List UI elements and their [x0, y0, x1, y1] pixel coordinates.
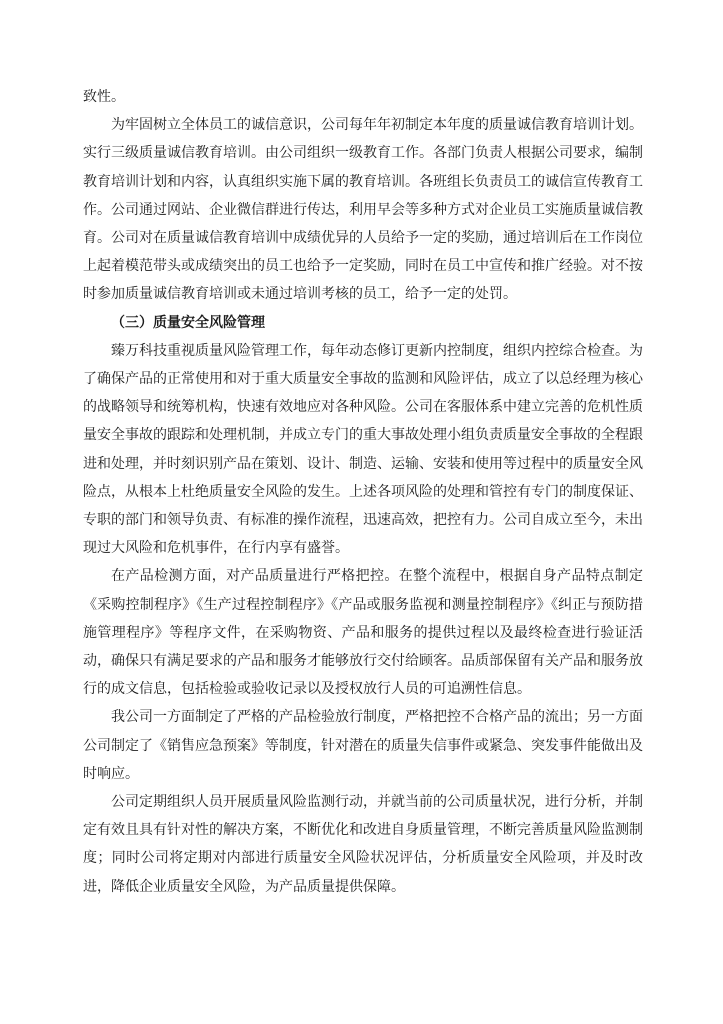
- paragraph-product-inspection-control: 在产品检测方面，对产品质量进行严格把控。在整个流程中，根据自身产品特点制定《采购…: [83, 563, 643, 704]
- paragraph-continuation-tail: 致性。: [83, 84, 643, 112]
- document-page: 致性。 为牢固树立全体员工的诚信意识，公司每年年初制定本年度的质量诚信教育培训计…: [0, 0, 723, 1024]
- document-content: 致性。 为牢固树立全体员工的诚信意识，公司每年年初制定本年度的质量诚信教育培训计…: [83, 84, 643, 902]
- paragraph-integrity-education-training: 为牢固树立全体员工的诚信意识，公司每年年初制定本年度的质量诚信教育培训计划。实行…: [83, 112, 643, 309]
- paragraph-risk-monitoring-and-improvement: 公司定期组织人员开展质量风险监测行动，并就当前的公司质量状况，进行分析，并制定有…: [83, 789, 643, 902]
- paragraph-release-and-emergency-plan: 我公司一方面制定了严格的产品检验放行制度，严格把控不合格产品的流出；另一方面公司…: [83, 704, 643, 789]
- section-heading-quality-safety-risk-management: （三）质量安全风险管理: [83, 310, 643, 338]
- paragraph-risk-management-system: 臻万科技重视质量风险管理工作，每年动态修订更新内控制度，组织内控综合检查。为了确…: [83, 338, 643, 564]
